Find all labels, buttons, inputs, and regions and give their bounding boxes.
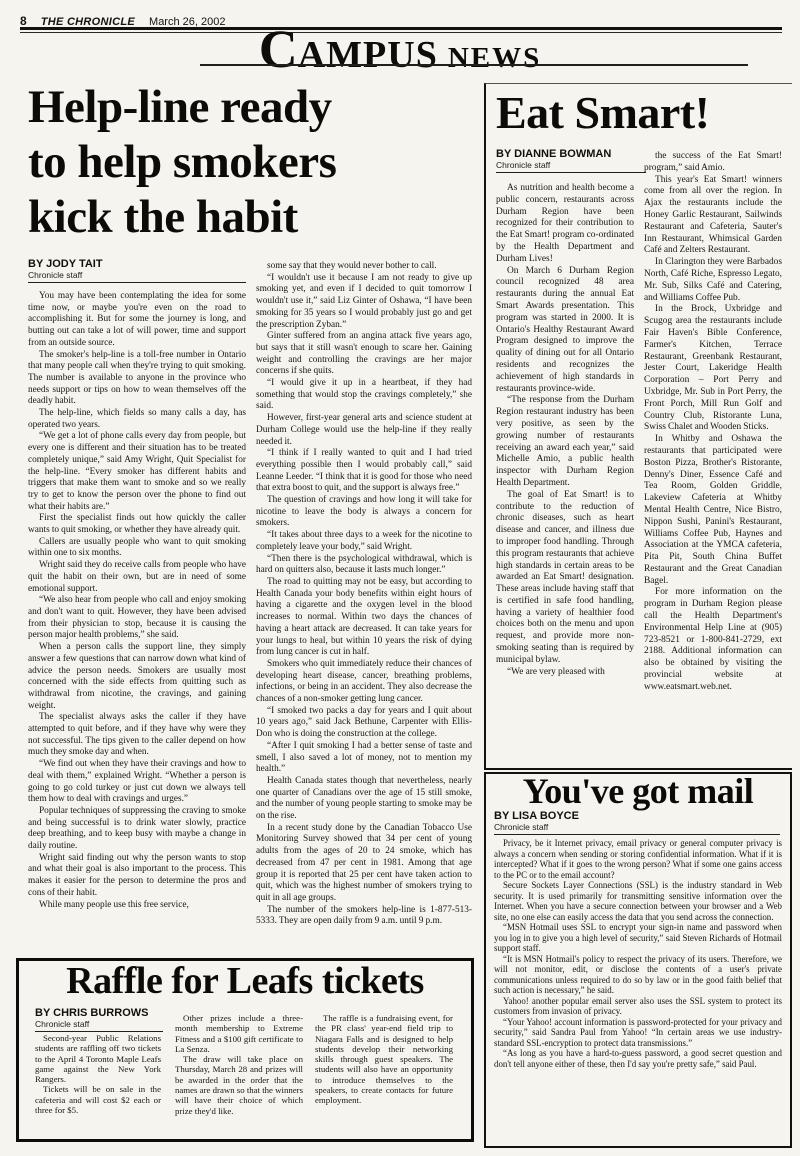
section-masthead: CAMPUSNEWS <box>0 24 800 77</box>
mail-byline-name: BY LISA BOYCE <box>494 810 780 822</box>
raffle-column-3: The raffle is a fundraising event, for t… <box>315 1013 453 1131</box>
paragraph: “It takes about three days to a week for… <box>256 530 472 553</box>
paragraph: The number of the smokers help-line is 1… <box>256 905 472 928</box>
paragraph: Tickets will be on sale in the cafeteria… <box>35 1084 161 1115</box>
paragraph: The raffle is a fundraising event, for t… <box>315 1013 453 1106</box>
eatsmart-byline-org: Chronicle staff <box>496 160 646 173</box>
paragraph: “It is MSN Hotmail's policy to respect t… <box>494 954 782 996</box>
paragraph: Privacy, be it Internet privacy, email p… <box>494 838 782 880</box>
paragraph: Wright said they do receive calls from p… <box>28 560 246 595</box>
paragraph: The specialist always asks the caller if… <box>28 712 246 759</box>
paragraph: Other prizes include a three-month membe… <box>175 1013 303 1054</box>
masthead-word-news: NEWS <box>448 42 541 74</box>
paragraph: some say that they would never bother to… <box>256 261 472 273</box>
paragraph: the success of the Eat Smart! program,” … <box>644 151 782 175</box>
helpline-headline-line1: Help-line ready <box>28 80 476 135</box>
paragraph: In a recent study done by the Canadian T… <box>256 823 472 905</box>
paragraph: “The response from the Durham Region res… <box>496 395 634 489</box>
paragraph: “I wouldn't use it because I am not read… <box>256 273 472 332</box>
paragraph: “We find out when they have their cravin… <box>28 759 246 806</box>
mail-byline-org: Chronicle staff <box>494 822 780 835</box>
helpline-headline-line2: to help smokers <box>28 135 476 190</box>
article-mail: You've got mail BY LISA BOYCE Chronicle … <box>484 772 792 1148</box>
masthead-initial: C <box>259 19 298 79</box>
raffle-byline-org: Chronicle staff <box>35 1019 163 1032</box>
paragraph: “As long as you have a hard-to-guess pas… <box>494 1048 782 1069</box>
eatsmart-column-1: As nutrition and health become a public … <box>496 183 634 759</box>
paragraph: “MSN Hotmail uses SSL to encrypt your si… <box>494 922 782 954</box>
paragraph: This year's Eat Smart! winners come from… <box>644 175 782 258</box>
mail-headline: You've got mail <box>486 770 790 812</box>
paragraph: In the Brock, Uxbridge and Scugog area t… <box>644 304 782 434</box>
paragraph: While many people use this free service, <box>28 900 246 912</box>
helpline-byline: BY JODY TAIT Chronicle staff <box>28 258 246 283</box>
paragraph: The draw will take place on Thursday, Ma… <box>175 1054 303 1116</box>
helpline-column-2: some say that they would never bother to… <box>256 261 472 955</box>
eatsmart-headline: Eat Smart! <box>496 84 709 142</box>
masthead-word-rest: AMPUS <box>298 34 438 76</box>
helpline-byline-org: Chronicle staff <box>28 270 246 283</box>
paragraph: Wright said finding out why the person w… <box>28 853 246 900</box>
paragraph: The help-line, which fields so many call… <box>28 408 246 431</box>
paragraph: First the specialist finds out how quick… <box>28 513 246 536</box>
paragraph: “After I quit smoking I had a better sen… <box>256 741 472 776</box>
helpline-column-1: You may have been contemplating the idea… <box>28 291 246 953</box>
paragraph: However, first-year general arts and sci… <box>256 413 472 448</box>
paragraph: For more information on the program in D… <box>644 587 782 693</box>
paragraph: The road to quitting may not be easy, bu… <box>256 577 472 659</box>
paragraph: In Whitby and Oshawa the restaurants tha… <box>644 434 782 587</box>
paragraph: You may have been contemplating the idea… <box>28 291 246 350</box>
paragraph: On March 6 Durham Region council recogni… <box>496 266 634 396</box>
paragraph: “We get a lot of phone calls every day f… <box>28 431 246 513</box>
paragraph: “We are very pleased with <box>496 667 634 679</box>
article-raffle: Raffle for Leafs tickets BY CHRIS BURROW… <box>16 958 474 1142</box>
helpline-headline: Help-line ready to help smokers kick the… <box>28 80 476 245</box>
paragraph: When a person calls the support line, th… <box>28 642 246 712</box>
helpline-byline-name: BY JODY TAIT <box>28 258 246 270</box>
paragraph: “We also hear from people who call and e… <box>28 595 246 642</box>
paragraph: As nutrition and health become a public … <box>496 183 634 266</box>
masthead-underline <box>200 64 748 66</box>
paragraph: Secure Sockets Layer Connections (SSL) i… <box>494 880 782 922</box>
paragraph: Second-year Public Relations students ar… <box>35 1033 161 1084</box>
raffle-byline-name: BY CHRIS BURROWS <box>35 1007 163 1019</box>
eatsmart-byline: BY DIANNE BOWMAN Chronicle staff <box>496 148 646 173</box>
raffle-headline: Raffle for Leafs tickets <box>19 957 471 1005</box>
paragraph: “Your Yahoo! account information is pass… <box>494 1017 782 1049</box>
newspaper-page: 8THE CHRONICLEMarch 26, 2002 CAMPUSNEWS … <box>0 0 800 1156</box>
mail-byline: BY LISA BOYCE Chronicle staff <box>494 810 780 835</box>
paragraph: The smoker's help-line is a toll-free nu… <box>28 350 246 409</box>
paragraph: Health Canada states though that neverth… <box>256 776 472 823</box>
raffle-column-2: Other prizes include a three-month membe… <box>175 1013 303 1131</box>
paragraph: “Then there is the psychological withdra… <box>256 554 472 577</box>
eatsmart-column-2: the success of the Eat Smart! program,” … <box>644 151 782 759</box>
paragraph: The question of cravings and how long it… <box>256 495 472 530</box>
paragraph: In Clarington they were Barbados North, … <box>644 257 782 304</box>
paragraph: Popular techniques of suppressing the cr… <box>28 806 246 853</box>
paragraph: Callers are usually people who want to q… <box>28 537 246 560</box>
mail-body: Privacy, be it Internet privacy, email p… <box>494 838 782 1138</box>
paragraph: The goal of Eat Smart! is to contribute … <box>496 490 634 667</box>
raffle-byline: BY CHRIS BURROWS Chronicle staff <box>35 1007 163 1032</box>
helpline-headline-line3: kick the habit <box>28 190 476 245</box>
paragraph: Ginter suffered from an angina attack fi… <box>256 331 472 378</box>
paragraph: “I would give it up in a heartbeat, if t… <box>256 378 472 413</box>
paragraph: “I smoked two packs a day for years and … <box>256 706 472 741</box>
paragraph: Smokers who quit immediately reduce thei… <box>256 659 472 706</box>
raffle-column-1: Second-year Public Relations students ar… <box>35 1033 161 1131</box>
eatsmart-byline-name: BY DIANNE BOWMAN <box>496 148 646 160</box>
paragraph: Yahoo! another popular email server also… <box>494 996 782 1017</box>
paragraph: “I think if I really wanted to quit and … <box>256 448 472 495</box>
article-eatsmart: Eat Smart! BY DIANNE BOWMAN Chronicle st… <box>484 83 792 770</box>
